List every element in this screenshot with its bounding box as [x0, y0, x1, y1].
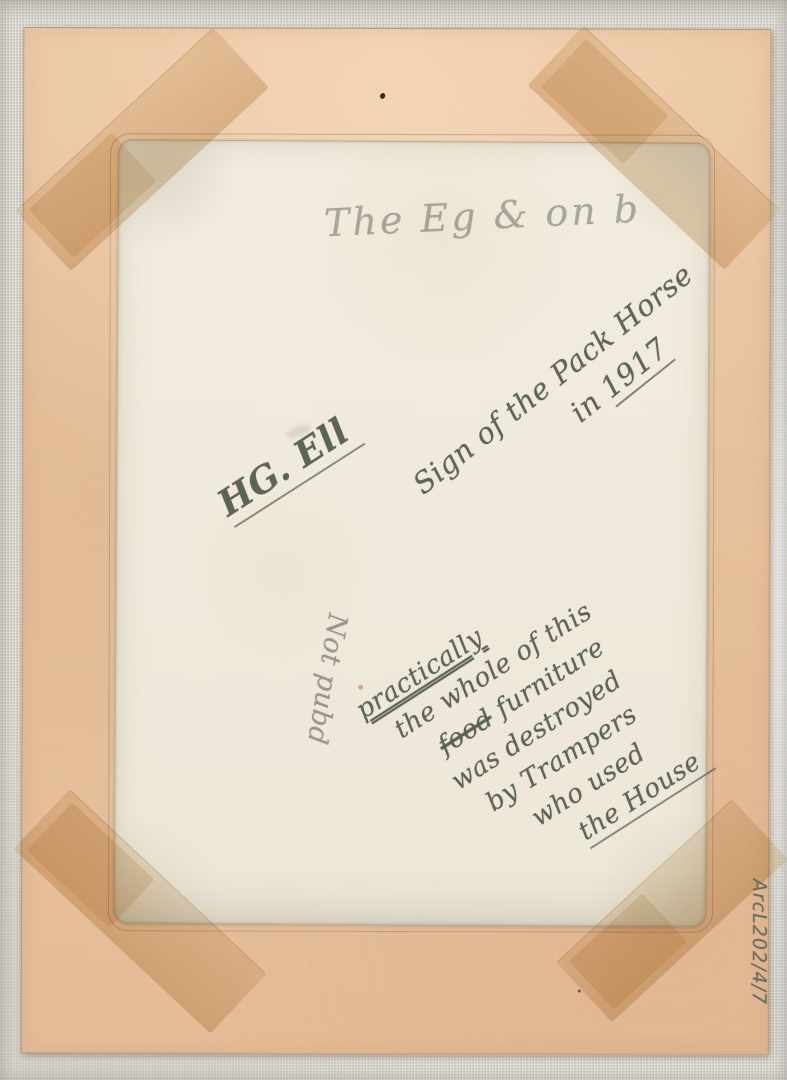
signature: HG. Ell — [210, 406, 365, 528]
archival-photo-back-scene: The Eg & on b Sign of the Pack Horse in … — [0, 0, 787, 1080]
caption-line-1: Sign of the Pack Horse — [404, 259, 696, 504]
dust-speck — [578, 989, 581, 992]
top-scribble: The Eg & on b — [323, 188, 625, 246]
caption-block: Sign of the Pack Horse in 1917 — [404, 259, 722, 537]
linen-fabric-background: The Eg & on b Sign of the Pack Horse in … — [0, 0, 787, 1080]
signature-block: HG. Ell — [210, 414, 351, 525]
mount-card: The Eg & on b Sign of the Pack Horse in … — [21, 27, 772, 1055]
archive-reference-label: ArcL202/4/7 — [744, 879, 770, 1049]
photo-verso: The Eg & on b Sign of the Pack Horse in … — [114, 139, 711, 927]
ink-speck — [379, 92, 386, 100]
foxing-speck — [358, 685, 363, 690]
